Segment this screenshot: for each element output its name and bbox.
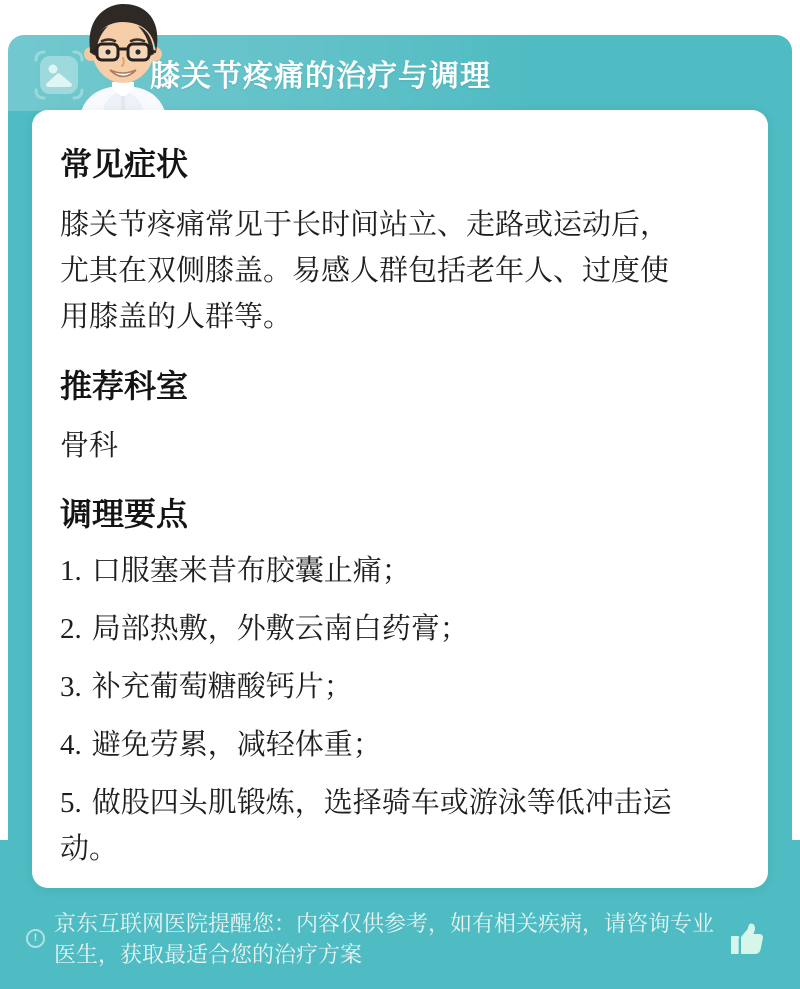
- symptoms-paragraph: 膝关节疼痛常见于长时间站立、走路或运动后，尤其在双侧膝盖。易感人群包括老年人、过…: [60, 202, 688, 340]
- section-heading-care: 调理要点: [60, 492, 740, 536]
- list-item: 3.补充葡萄糖酸钙片；: [60, 664, 704, 710]
- page-title: 膝关节疼痛的治疗与调理: [150, 51, 491, 95]
- list-item-text: 口服塞来昔布胶囊止痛；: [92, 555, 411, 587]
- list-item: 2.局部热敷，外敷云南白药膏；: [60, 606, 704, 652]
- list-item-text: 局部热敷，外敷云南白药膏；: [92, 613, 469, 645]
- info-icon: !: [26, 929, 45, 948]
- care-points-list: 1.口服塞来昔布胶囊止痛； 2.局部热敷，外敷云南白药膏； 3.补充葡萄糖酸钙片…: [60, 548, 740, 872]
- list-item-text: 补充葡萄糖酸钙片；: [92, 671, 353, 703]
- thumbs-up-button[interactable]: [726, 919, 766, 959]
- department-value: 骨科: [60, 424, 740, 468]
- list-item: 1.口服塞来昔布胶囊止痛；: [60, 548, 704, 594]
- list-item-number: 1.: [60, 555, 82, 587]
- list-item-text: 做股四头肌锻炼，选择骑车或游泳等低冲击运动。: [60, 787, 672, 865]
- list-item-number: 3.: [60, 671, 82, 703]
- list-item-text: 避免劳累，减轻体重；: [92, 729, 382, 761]
- footer: ! 京东互联网医院提醒您：内容仅供参考，如有相关疾病，请咨询专业医生，获取最适合…: [0, 888, 800, 989]
- disclaimer-text: 京东互联网医院提醒您：内容仅供参考，如有相关疾病，请咨询专业医生，获取最适合您的…: [54, 908, 722, 970]
- section-heading-department: 推荐科室: [60, 364, 740, 408]
- doctor-avatar-icon: [52, 0, 194, 116]
- list-item-number: 5.: [60, 787, 82, 819]
- list-item: 4.避免劳累，减轻体重；: [60, 722, 704, 768]
- list-item: 5.做股四头肌锻炼，选择骑车或游泳等低冲击运动。: [60, 780, 704, 872]
- page: { "colors": { "teal_background": "#4FBBC…: [0, 0, 800, 989]
- article-card: 常见症状 膝关节疼痛常见于长时间站立、走路或运动后，尤其在双侧膝盖。易感人群包括…: [32, 110, 768, 888]
- list-item-number: 2.: [60, 613, 82, 645]
- list-item-number: 4.: [60, 729, 82, 761]
- thumbs-up-icon: [726, 919, 766, 959]
- section-heading-symptoms: 常见症状: [60, 142, 740, 186]
